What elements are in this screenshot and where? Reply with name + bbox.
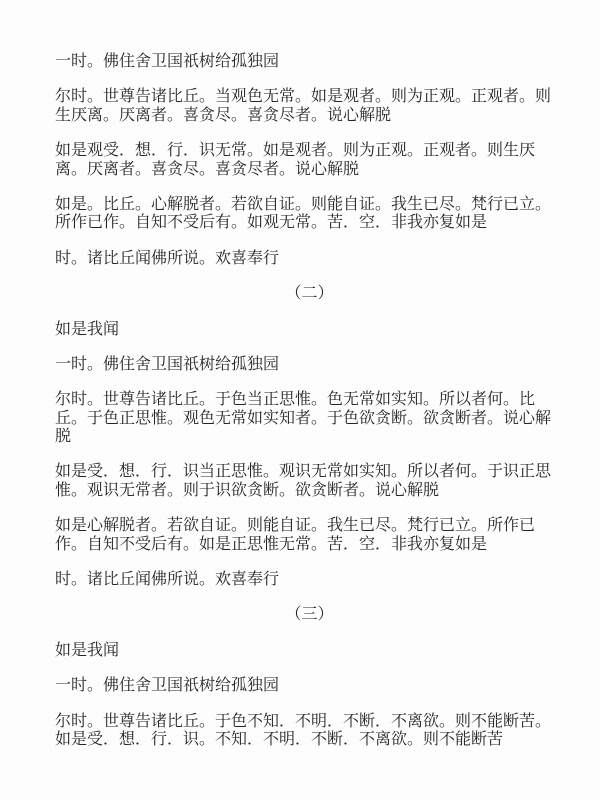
text-line: 如是我闻 <box>55 642 564 660</box>
paragraph: 时。诸比丘闻佛所说。欢喜奉行 <box>55 250 564 268</box>
text-line: 如是受．想．行．识当正思惟。观识无常如实知。所以者何。于识正思 <box>55 463 564 481</box>
paragraph: 尔时。世尊告诸比丘。于色不知．不明．不断．不离欲。则不能断苦。 如是受．想．行．… <box>55 713 564 750</box>
section-marker: （三） <box>55 606 564 624</box>
text-line: 时。诸比丘闻佛所说。欢喜奉行 <box>55 571 564 589</box>
paragraph: 如是。比丘。心解脱者。若欲自证。则能自证。我生已尽。梵行已立。 所作已作。自知不… <box>55 196 564 233</box>
paragraph: 如是观受．想．行．识无常。如是观者。则为正观。正观者。则生厌 离。厌离者。喜贪尽… <box>55 142 564 179</box>
text-line: 一时。佛住舍卫国祇树给孤独园 <box>55 677 564 695</box>
paragraph: 一时。佛住舍卫国祇树给孤独园 <box>55 356 564 374</box>
paragraph: 尔时。世尊告诸比丘。于色当正思惟。色无常如实知。所以者何。比 丘。于色正思惟。观… <box>55 391 564 446</box>
text-line: 尔时。世尊告诸比丘。于色不知．不明．不断．不离欲。则不能断苦。 <box>55 713 564 731</box>
paragraph: 尔时。世尊告诸比丘。当观色无常。如是观者。则为正观。正观者。则 生厌离。厌离者。… <box>55 88 564 125</box>
text-line: 脱 <box>55 428 564 446</box>
text-line: 尔时。世尊告诸比丘。于色当正思惟。色无常如实知。所以者何。比 <box>55 391 564 409</box>
section-marker-label: （二） <box>55 285 564 303</box>
text-line: 如是心解脱者。若欲自证。则能自证。我生已尽。梵行已立。所作已 <box>55 517 564 535</box>
text-line: 时。诸比丘闻佛所说。欢喜奉行 <box>55 250 564 268</box>
paragraph: 如是受．想．行．识当正思惟。观识无常如实知。所以者何。于识正思 惟。观识无常者。… <box>55 463 564 500</box>
paragraph: 一时。佛住舍卫国祇树给孤独园 <box>55 53 564 71</box>
text-line: 如是观受．想．行．识无常。如是观者。则为正观。正观者。则生厌 <box>55 142 564 160</box>
paragraph: 如是我闻 <box>55 642 564 660</box>
text-line: 丘。于色正思惟。观色无常如实知者。于色欲贪断。欲贪断者。说心解 <box>55 410 564 428</box>
paragraph: 如是我闻 <box>55 321 564 339</box>
text-line: 一时。佛住舍卫国祇树给孤独园 <box>55 53 564 71</box>
text-line: 惟。观识无常者。则于识欲贪断。欲贪断者。说心解脱 <box>55 482 564 500</box>
text-line: 所作已作。自知不受后有。如观无常。苦．空．非我亦复如是 <box>55 214 564 232</box>
text-line: 如是受．想．行．识。不知．不明．不断．不离欲。则不能断苦 <box>55 731 564 749</box>
text-line: 作。自知不受后有。如是正思惟无常。苦．空．非我亦复如是 <box>55 536 564 554</box>
text-line: 如是。比丘。心解脱者。若欲自证。则能自证。我生已尽。梵行已立。 <box>55 196 564 214</box>
document-page: 一时。佛住舍卫国祇树给孤独园 尔时。世尊告诸比丘。当观色无常。如是观者。则为正观… <box>0 0 600 800</box>
section-marker: （二） <box>55 285 564 303</box>
text-line: 尔时。世尊告诸比丘。当观色无常。如是观者。则为正观。正观者。则 <box>55 88 564 106</box>
section-marker-label: （三） <box>55 606 564 624</box>
paragraph: 一时。佛住舍卫国祇树给孤独园 <box>55 677 564 695</box>
text-line: 一时。佛住舍卫国祇树给孤独园 <box>55 356 564 374</box>
paragraph: 如是心解脱者。若欲自证。则能自证。我生已尽。梵行已立。所作已 作。自知不受后有。… <box>55 517 564 554</box>
text-line: 如是我闻 <box>55 321 564 339</box>
text-line: 生厌离。厌离者。喜贪尽。喜贪尽者。说心解脱 <box>55 107 564 125</box>
text-line: 离。厌离者。喜贪尽。喜贪尽者。说心解脱 <box>55 161 564 179</box>
paragraph: 时。诸比丘闻佛所说。欢喜奉行 <box>55 571 564 589</box>
